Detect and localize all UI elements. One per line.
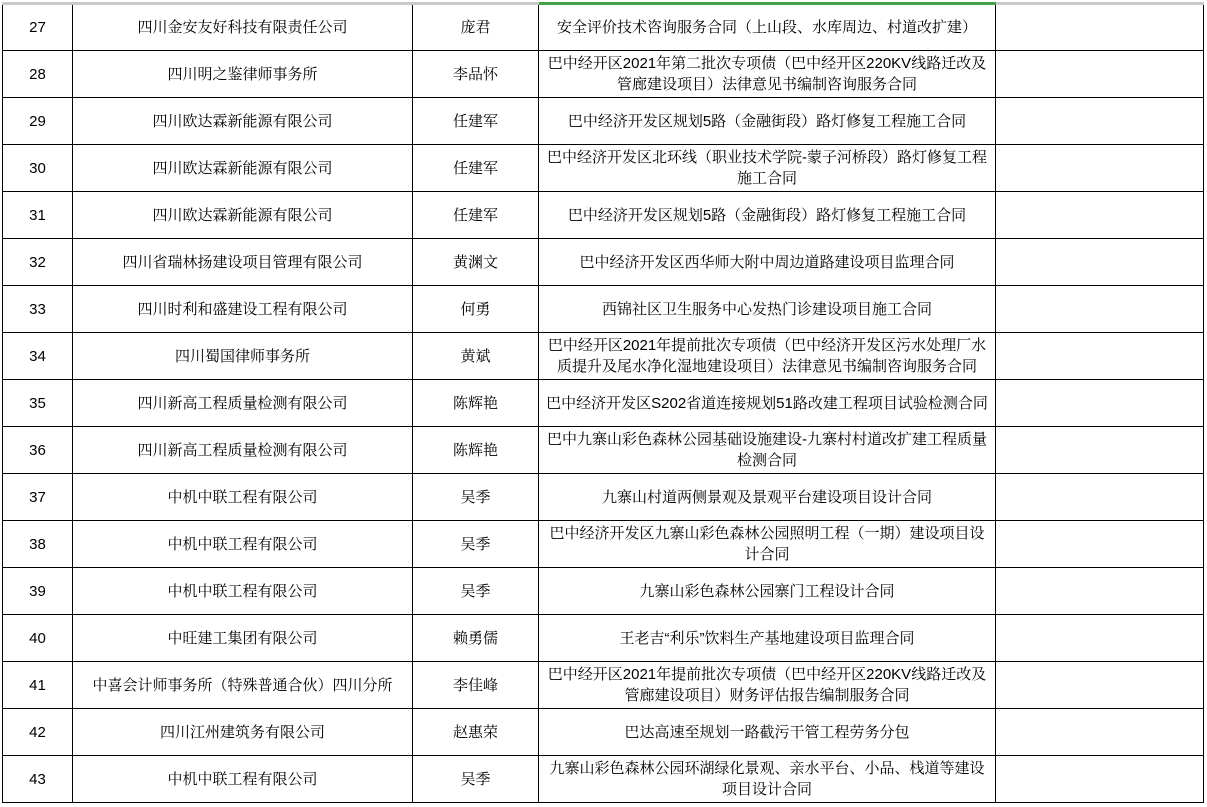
row-index-cell[interactable]: 41: [3, 662, 73, 709]
empty-cell[interactable]: [996, 333, 1204, 380]
contract-name-cell[interactable]: 西锦社区卫生服务中心发热门诊建设项目施工合同: [539, 286, 996, 333]
empty-cell[interactable]: [996, 286, 1204, 333]
company-cell[interactable]: 四川新高工程质量检测有限公司: [73, 380, 413, 427]
person-name-cell[interactable]: 任建军: [413, 192, 539, 239]
company-cell[interactable]: 中机中联工程有限公司: [73, 568, 413, 615]
contracts-table: 27四川金安友好科技有限责任公司庞君安全评价技术咨询服务合同（上山段、水库周边、…: [2, 2, 1204, 803]
empty-cell[interactable]: [996, 98, 1204, 145]
empty-cell[interactable]: [996, 615, 1204, 662]
person-name-cell[interactable]: 黄斌: [413, 333, 539, 380]
row-index-cell[interactable]: 43: [3, 756, 73, 803]
row-index-cell[interactable]: 34: [3, 333, 73, 380]
row-index-cell[interactable]: 42: [3, 709, 73, 756]
empty-cell[interactable]: [996, 756, 1204, 803]
contract-name-cell[interactable]: 九寨山彩色森林公园寨门工程设计合同: [539, 568, 996, 615]
company-cell[interactable]: 四川蜀国律师事务所: [73, 333, 413, 380]
contract-name-cell[interactable]: 巴达高速至规划一路截污干管工程劳务分包: [539, 709, 996, 756]
company-cell[interactable]: 中喜会计师事务所（特殊普通合伙）四川分所: [73, 662, 413, 709]
company-cell[interactable]: 四川时利和盛建设工程有限公司: [73, 286, 413, 333]
contract-name-cell[interactable]: 巴中经济开发区规划5路（金融街段）路灯修复工程施工合同: [539, 98, 996, 145]
person-name-cell[interactable]: 吴季: [413, 756, 539, 803]
person-name-cell[interactable]: 庞君: [413, 4, 539, 51]
row-index-cell[interactable]: 39: [3, 568, 73, 615]
person-name-cell[interactable]: 吴季: [413, 521, 539, 568]
contract-name-cell[interactable]: 安全评价技术咨询服务合同（上山段、水库周边、村道改扩建）: [539, 4, 996, 51]
row-index-cell[interactable]: 27: [3, 4, 73, 51]
person-name-cell[interactable]: 任建军: [413, 98, 539, 145]
empty-cell[interactable]: [996, 4, 1204, 51]
empty-cell[interactable]: [996, 192, 1204, 239]
table-row: 37中机中联工程有限公司吴季九寨山村道两侧景观及景观平台建设项目设计合同: [3, 474, 1204, 521]
contract-name-cell[interactable]: 巴中经济开发区S202省道连接规划51路改建工程项目试验检测合同: [539, 380, 996, 427]
company-cell[interactable]: 四川欧达霖新能源有限公司: [73, 145, 413, 192]
table-row: 29四川欧达霖新能源有限公司任建军巴中经济开发区规划5路（金融街段）路灯修复工程…: [3, 98, 1204, 145]
row-index-cell[interactable]: 38: [3, 521, 73, 568]
table-body: 27四川金安友好科技有限责任公司庞君安全评价技术咨询服务合同（上山段、水库周边、…: [3, 4, 1204, 803]
row-index-cell[interactable]: 40: [3, 615, 73, 662]
table-row: 32四川省瑞林扬建设项目管理有限公司黄渊文巴中经济开发区西华师大附中周边道路建设…: [3, 239, 1204, 286]
empty-cell[interactable]: [996, 145, 1204, 192]
empty-cell[interactable]: [996, 521, 1204, 568]
empty-cell[interactable]: [996, 662, 1204, 709]
contract-name-cell[interactable]: 巴中经开区2021年第二批次专项债（巴中经开区220KV线路迁改及管廊建设项目）…: [539, 51, 996, 98]
contract-name-cell[interactable]: 巴中经济开发区规划5路（金融街段）路灯修复工程施工合同: [539, 192, 996, 239]
row-index-cell[interactable]: 28: [3, 51, 73, 98]
contract-name-cell[interactable]: 九寨山彩色森林公园环湖绿化景观、亲水平台、小品、栈道等建设项目设计合同: [539, 756, 996, 803]
table-row: 38中机中联工程有限公司吴季巴中经济开发区九寨山彩色森林公园照明工程（一期）建设…: [3, 521, 1204, 568]
company-cell[interactable]: 中机中联工程有限公司: [73, 474, 413, 521]
company-cell[interactable]: 中旺建工集团有限公司: [73, 615, 413, 662]
empty-cell[interactable]: [996, 709, 1204, 756]
contract-name-cell[interactable]: 巴中九寨山彩色森林公园基础设施建设-九寨村村道改扩建工程质量检测合同: [539, 427, 996, 474]
person-name-cell[interactable]: 吴季: [413, 568, 539, 615]
table-row: 27四川金安友好科技有限责任公司庞君安全评价技术咨询服务合同（上山段、水库周边、…: [3, 4, 1204, 51]
company-cell[interactable]: 四川江州建筑务有限公司: [73, 709, 413, 756]
person-name-cell[interactable]: 黄渊文: [413, 239, 539, 286]
contract-name-cell[interactable]: 巴中经济开发区九寨山彩色森林公园照明工程（一期）建设项目设计合同: [539, 521, 996, 568]
row-index-cell[interactable]: 37: [3, 474, 73, 521]
contract-name-cell[interactable]: 巴中经济开发区西华师大附中周边道路建设项目监理合同: [539, 239, 996, 286]
contract-name-cell[interactable]: 巴中经济开发区北环线（职业技术学院-蒙子河桥段）路灯修复工程施工合同: [539, 145, 996, 192]
empty-cell[interactable]: [996, 474, 1204, 521]
person-name-cell[interactable]: 赵惠荣: [413, 709, 539, 756]
row-index-cell[interactable]: 32: [3, 239, 73, 286]
person-name-cell[interactable]: 任建军: [413, 145, 539, 192]
contract-name-cell[interactable]: 巴中经开区2021年提前批次专项债（巴中经开区220KV线路迁改及管廊建设项目）…: [539, 662, 996, 709]
person-name-cell[interactable]: 赖勇儒: [413, 615, 539, 662]
row-index-cell[interactable]: 31: [3, 192, 73, 239]
empty-cell[interactable]: [996, 427, 1204, 474]
company-cell[interactable]: 四川明之鉴律师事务所: [73, 51, 413, 98]
person-name-cell[interactable]: 吴季: [413, 474, 539, 521]
table-row: 36四川新高工程质量检测有限公司陈辉艳巴中九寨山彩色森林公园基础设施建设-九寨村…: [3, 427, 1204, 474]
company-cell[interactable]: 四川新高工程质量检测有限公司: [73, 427, 413, 474]
row-index-cell[interactable]: 35: [3, 380, 73, 427]
company-cell[interactable]: 中机中联工程有限公司: [73, 756, 413, 803]
table-row: 39中机中联工程有限公司吴季九寨山彩色森林公园寨门工程设计合同: [3, 568, 1204, 615]
empty-cell[interactable]: [996, 568, 1204, 615]
row-index-cell[interactable]: 33: [3, 286, 73, 333]
contract-name-cell[interactable]: 巴中经开区2021年提前批次专项债（巴中经济开发区污水处理厂水质提升及尾水净化湿…: [539, 333, 996, 380]
company-cell[interactable]: 四川欧达霖新能源有限公司: [73, 98, 413, 145]
person-name-cell[interactable]: 李品怀: [413, 51, 539, 98]
contract-name-cell[interactable]: 九寨山村道两侧景观及景观平台建设项目设计合同: [539, 474, 996, 521]
table-row: 40中旺建工集团有限公司赖勇儒王老吉“利乐”饮料生产基地建设项目监理合同: [3, 615, 1204, 662]
table-row: 30四川欧达霖新能源有限公司任建军巴中经济开发区北环线（职业技术学院-蒙子河桥段…: [3, 145, 1204, 192]
empty-cell[interactable]: [996, 380, 1204, 427]
table-row: 28四川明之鉴律师事务所李品怀巴中经开区2021年第二批次专项债（巴中经开区22…: [3, 51, 1204, 98]
table-row: 42四川江州建筑务有限公司赵惠荣巴达高速至规划一路截污干管工程劳务分包: [3, 709, 1204, 756]
table-row: 43中机中联工程有限公司吴季九寨山彩色森林公园环湖绿化景观、亲水平台、小品、栈道…: [3, 756, 1204, 803]
company-cell[interactable]: 四川省瑞林扬建设项目管理有限公司: [73, 239, 413, 286]
person-name-cell[interactable]: 陈辉艳: [413, 380, 539, 427]
empty-cell[interactable]: [996, 239, 1204, 286]
company-cell[interactable]: 中机中联工程有限公司: [73, 521, 413, 568]
person-name-cell[interactable]: 陈辉艳: [413, 427, 539, 474]
row-index-cell[interactable]: 30: [3, 145, 73, 192]
person-name-cell[interactable]: 何勇: [413, 286, 539, 333]
table-row: 41中喜会计师事务所（特殊普通合伙）四川分所李佳峰巴中经开区2021年提前批次专…: [3, 662, 1204, 709]
row-index-cell[interactable]: 29: [3, 98, 73, 145]
company-cell[interactable]: 四川金安友好科技有限责任公司: [73, 4, 413, 51]
row-index-cell[interactable]: 36: [3, 427, 73, 474]
table-row: 33四川时利和盛建设工程有限公司何勇西锦社区卫生服务中心发热门诊建设项目施工合同: [3, 286, 1204, 333]
table-row: 35四川新高工程质量检测有限公司陈辉艳巴中经济开发区S202省道连接规划51路改…: [3, 380, 1204, 427]
company-cell[interactable]: 四川欧达霖新能源有限公司: [73, 192, 413, 239]
contract-name-cell[interactable]: 王老吉“利乐”饮料生产基地建设项目监理合同: [539, 615, 996, 662]
spreadsheet-area: 27四川金安友好科技有限责任公司庞君安全评价技术咨询服务合同（上山段、水库周边、…: [0, 2, 1207, 807]
person-name-cell[interactable]: 李佳峰: [413, 662, 539, 709]
table-row: 31四川欧达霖新能源有限公司任建军巴中经济开发区规划5路（金融街段）路灯修复工程…: [3, 192, 1204, 239]
empty-cell[interactable]: [996, 51, 1204, 98]
table-row: 34四川蜀国律师事务所黄斌巴中经开区2021年提前批次专项债（巴中经济开发区污水…: [3, 333, 1204, 380]
